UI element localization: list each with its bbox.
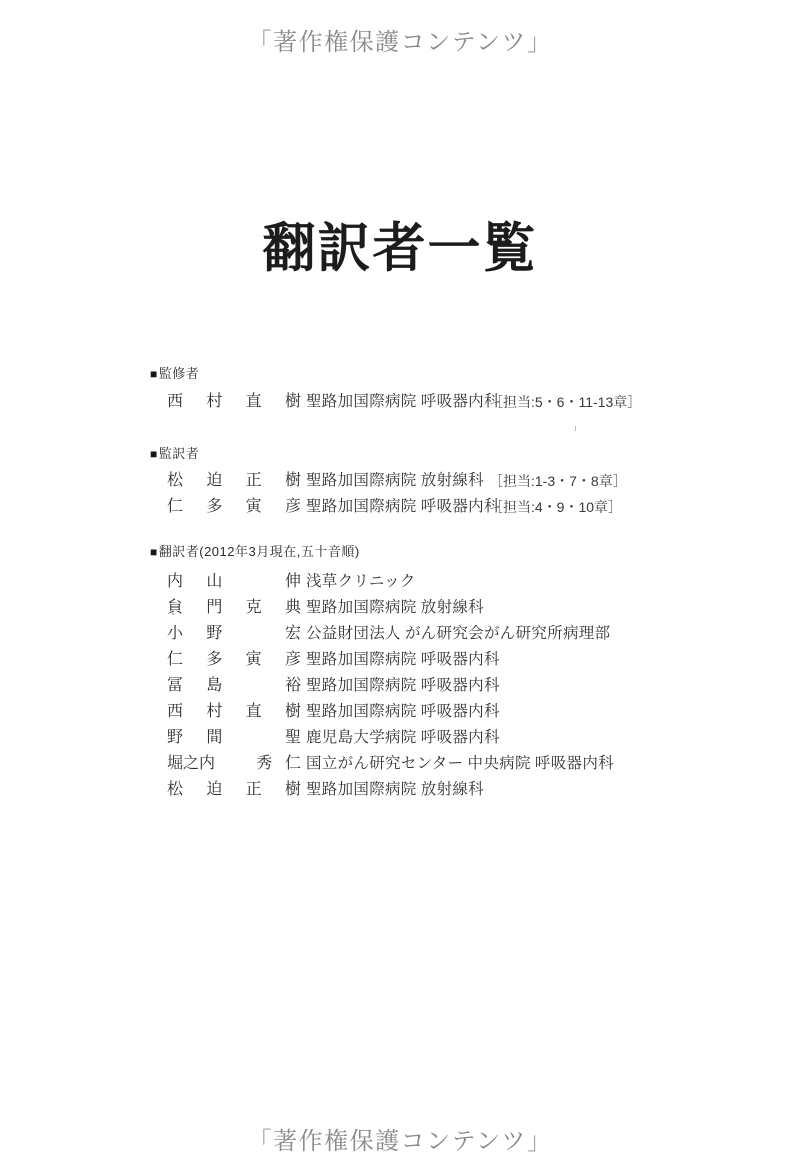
name-char: 正 — [246, 777, 262, 803]
name-char — [246, 725, 262, 751]
person-row: 堀之内 秀 仁 国立がん研究センター 中央病院 呼吸器内科 — [150, 751, 770, 777]
name-char: 伸 — [285, 569, 301, 595]
person-name: 冨 島 裕 — [167, 673, 301, 699]
square-bullet-icon: ■ — [150, 545, 158, 559]
person-affiliation: 公益財団法人 がん研究会がん研究所病理部 — [306, 621, 610, 647]
person-row: 仁 多 寅 彦 聖路加国際病院 呼吸器内科 ［担当:4・9・10章］ — [150, 494, 770, 520]
name-char: 樹 — [285, 389, 301, 415]
person-affiliation: 聖路加国際病院 放射線科 — [306, 468, 484, 494]
name-char: 多 — [206, 647, 222, 673]
name-char — [246, 621, 262, 647]
name-char — [246, 673, 262, 699]
person-chapter-assignment: ［担当:5・6・11-13章］ — [489, 389, 641, 415]
person-row: 冨 島 裕 聖路加国際病院 呼吸器内科 — [150, 673, 770, 699]
section-heading-label: 監訳者 — [159, 446, 200, 461]
person-row: 小 野 宏 公益財団法人 がん研究会がん研究所病理部 — [150, 621, 770, 647]
page-title: 翻訳者一覧 — [0, 218, 800, 280]
name-char: 小 — [167, 621, 183, 647]
name-char: 西 — [167, 389, 183, 415]
person-chapter-assignment: ［担当:4・9・10章］ — [489, 494, 622, 520]
person-affiliation: 聖路加国際病院 呼吸器内科 — [306, 673, 500, 699]
name-char: 彦 — [285, 647, 301, 673]
name-char: 松 — [167, 777, 183, 803]
name-char: 島 — [206, 673, 222, 699]
section-supervisor: ■監修者 西 村 直 樹 聖路加国際病院 呼吸器内科 ［担当:5・6・11-13… — [150, 365, 770, 415]
copyright-watermark-top: 「著作権保護コンテンツ」 — [0, 22, 800, 57]
person-affiliation: 浅草クリニック — [306, 569, 416, 595]
person-affiliation: 聖路加国際病院 呼吸器内科 — [306, 699, 500, 725]
person-name: 西 村 直 樹 — [167, 699, 301, 725]
section-heading-label: 翻訳者(2012年3月現在,五十音順) — [159, 544, 360, 559]
person-affiliation: 国立がん研究センター 中央病院 呼吸器内科 — [306, 751, 614, 777]
name-char: 直 — [246, 389, 262, 415]
person-affiliation: 聖路加国際病院 呼吸器内科 — [306, 389, 500, 415]
name-char: 迫 — [206, 468, 222, 494]
section-supervising-translators: ■監訳者 松 迫 正 樹 聖路加国際病院 放射線科 ［担当:1-3・7・8章］ … — [150, 445, 770, 520]
scan-artifact — [575, 426, 576, 431]
name-char: 直 — [246, 699, 262, 725]
person-name: 松 迫 正 樹 — [167, 468, 301, 494]
person-row: 野 間 聖 鹿児島大学病院 呼吸器内科 — [150, 725, 770, 751]
scanned-book-page: 「著作権保護コンテンツ」 翻訳者一覧 ■監修者 西 村 直 樹 聖路加国際病院 … — [0, 0, 800, 1173]
person-row: 内 山 伸 浅草クリニック — [150, 569, 770, 595]
name-char: 内 — [167, 569, 183, 595]
person-affiliation: 聖路加国際病院 放射線科 — [306, 595, 484, 621]
name-char: 寅 — [246, 494, 262, 520]
person-name: 仁 多 寅 彦 — [167, 647, 301, 673]
name-char: 秀 — [256, 751, 272, 777]
name-char: 仁 — [167, 494, 183, 520]
name-char: 彦 — [285, 494, 301, 520]
person-name: 貟 門 克 典 — [167, 595, 301, 621]
name-char: 松 — [167, 468, 183, 494]
person-chapter-assignment: ［担当:1-3・7・8章］ — [489, 468, 627, 494]
name-char: 多 — [206, 494, 222, 520]
scan-artifact — [172, 613, 174, 615]
section-heading-label: 監修者 — [159, 366, 200, 381]
name-char: 間 — [206, 725, 222, 751]
square-bullet-icon: ■ — [150, 447, 158, 461]
person-row: 西 村 直 樹 聖路加国際病院 呼吸器内科 ［担当:5・6・11-13章］ — [150, 389, 770, 415]
name-char: 樹 — [285, 699, 301, 725]
name-char: 野 — [206, 621, 222, 647]
name-char: 仁 — [167, 647, 183, 673]
person-row: 西 村 直 樹 聖路加国際病院 呼吸器内科 — [150, 699, 770, 725]
name-char: 野 — [167, 725, 183, 751]
person-affiliation: 聖路加国際病院 放射線科 — [306, 777, 484, 803]
name-char: 冨 — [167, 673, 183, 699]
name-char — [228, 751, 244, 777]
name-char: 西 — [167, 699, 183, 725]
name-char: 裕 — [285, 673, 301, 699]
name-char: 克 — [246, 595, 262, 621]
name-char: 樹 — [285, 468, 301, 494]
name-char: 典 — [285, 595, 301, 621]
person-name: 野 間 聖 — [167, 725, 301, 751]
copyright-watermark-bottom: 「著作権保護コンテンツ」 — [0, 1121, 800, 1156]
name-char: 貟 — [167, 595, 183, 621]
name-char — [246, 569, 262, 595]
section-heading: ■翻訳者(2012年3月現在,五十音順) — [150, 543, 770, 561]
name-char: 聖 — [285, 725, 301, 751]
section-heading: ■監修者 — [150, 365, 770, 383]
name-char: 村 — [206, 699, 222, 725]
name-char: 門 — [206, 595, 222, 621]
person-affiliation: 鹿児島大学病院 呼吸器内科 — [306, 725, 500, 751]
square-bullet-icon: ■ — [150, 367, 158, 381]
name-char: 樹 — [285, 777, 301, 803]
name-char: 堀之内 — [167, 751, 215, 777]
person-row: 松 迫 正 樹 聖路加国際病院 放射線科 ［担当:1-3・7・8章］ — [150, 468, 770, 494]
section-translators: ■翻訳者(2012年3月現在,五十音順) 内 山 伸 浅草クリニック 貟 門 克… — [150, 543, 770, 803]
person-name: 松 迫 正 樹 — [167, 777, 301, 803]
name-char: 宏 — [285, 621, 301, 647]
person-name: 仁 多 寅 彦 — [167, 494, 301, 520]
name-char: 正 — [246, 468, 262, 494]
person-row: 仁 多 寅 彦 聖路加国際病院 呼吸器内科 — [150, 647, 770, 673]
person-name: 堀之内 秀 仁 — [167, 751, 301, 777]
person-name: 内 山 伸 — [167, 569, 301, 595]
name-char: 寅 — [246, 647, 262, 673]
section-heading: ■監訳者 — [150, 445, 770, 463]
person-name: 小 野 宏 — [167, 621, 301, 647]
person-affiliation: 聖路加国際病院 呼吸器内科 — [306, 494, 500, 520]
person-name: 西 村 直 樹 — [167, 389, 301, 415]
name-char: 村 — [206, 389, 222, 415]
name-char: 迫 — [206, 777, 222, 803]
person-row: 松 迫 正 樹 聖路加国際病院 放射線科 — [150, 777, 770, 803]
person-affiliation: 聖路加国際病院 呼吸器内科 — [306, 647, 500, 673]
name-char: 仁 — [285, 751, 301, 777]
translator-list: ■監修者 西 村 直 樹 聖路加国際病院 呼吸器内科 ［担当:5・6・11-13… — [150, 365, 770, 803]
person-row: 貟 門 克 典 聖路加国際病院 放射線科 — [150, 595, 770, 621]
name-char: 山 — [206, 569, 222, 595]
